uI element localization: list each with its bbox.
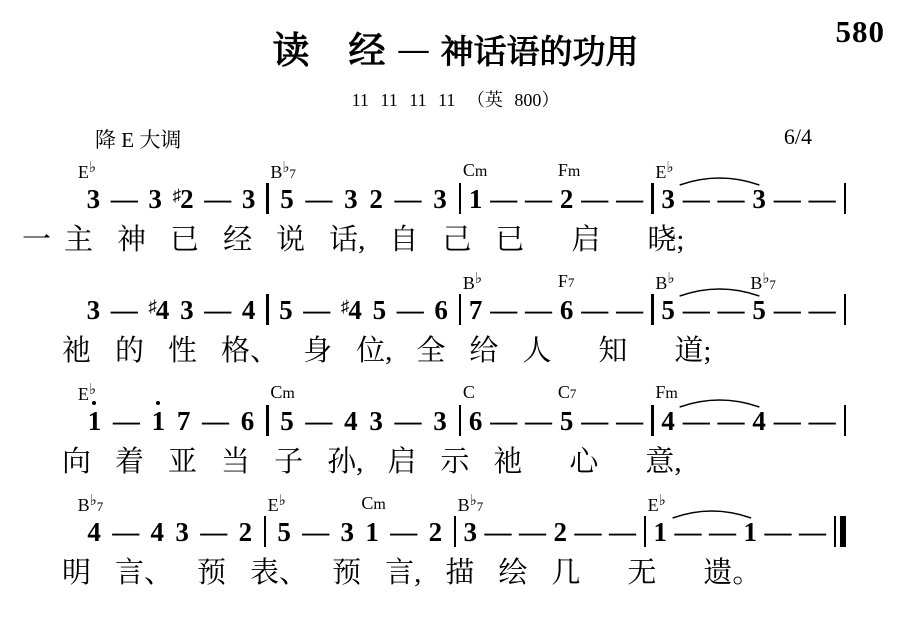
note: 4 (661, 405, 675, 438)
note: 5 (277, 516, 291, 549)
chord-label: E♭ (78, 161, 96, 181)
note: 3 (344, 183, 358, 216)
music-system: B♭74—43—2E♭Cm5—31—2B♭73——2——E♭1——1——明言、预… (0, 493, 911, 591)
note: 6 (469, 405, 483, 438)
notation-row: E♭1—17—6Cm5—43—3CC76——5——Fm4——4—— (76, 382, 846, 438)
lyric-syllable: 祂 (62, 333, 91, 369)
notation-row: 3—♯43—45—♯45—6B♭F77——6——B♭B♭75——5—— (76, 271, 846, 327)
measure: B♭73——2—— (456, 493, 644, 549)
note: 3 (752, 183, 766, 216)
note: 2 (560, 183, 574, 216)
duration-dash: — (525, 405, 552, 438)
lyric-syllable: 言, (385, 555, 421, 591)
note: 1 (365, 516, 379, 549)
lyric-syllable: 人 (522, 333, 551, 369)
measure: B♭75—32—3 (269, 160, 459, 216)
sharp-sign: ♯ (173, 186, 182, 205)
duration-dash: — (616, 183, 643, 216)
duration-dash: — (675, 516, 702, 549)
note: 5 (279, 294, 293, 327)
duration-dash: — (525, 294, 552, 327)
flat-sign: ♭ (659, 493, 666, 509)
measure: CmFm1——2—— (461, 160, 651, 216)
barline (844, 405, 847, 436)
lyric-syllable: 明 (62, 555, 91, 591)
lyric-syllable: 子 (274, 444, 303, 480)
measure: E♭1——1—— (646, 493, 834, 549)
hymn-number: 580 (836, 14, 886, 50)
lyric-syllable: 意, (645, 444, 681, 480)
lyric-syllable: 当 (221, 444, 250, 480)
lyric-syllable: 表、 (250, 555, 308, 591)
measure: B♭B♭75——5—— (654, 271, 844, 327)
measure: B♭F77——6—— (461, 271, 651, 327)
chord-label: E♭ (648, 494, 666, 514)
chord-label: F7 (558, 272, 575, 290)
chord-label: Cm (361, 494, 385, 513)
title-main: 读 经 (273, 29, 387, 72)
lyric-syllable: 心 (569, 444, 598, 480)
note: 2 (239, 516, 253, 549)
lyric-syllable: 位, (356, 333, 392, 369)
lyric-syllable: 已 (170, 222, 199, 258)
note: 3 (242, 183, 256, 216)
note: 4 (151, 516, 165, 549)
flat-sign: ♭ (667, 271, 674, 287)
chord-label: E♭ (268, 494, 286, 514)
lyric-syllable: 道; (674, 333, 711, 369)
lyric-syllable: 示 (440, 444, 469, 480)
lyric-syllable: 孙, (327, 444, 363, 480)
note: 6 (560, 294, 574, 327)
final-barline-thin (834, 516, 837, 547)
note: 1 (654, 516, 668, 549)
note: 5 (373, 294, 387, 327)
chord-label: B♭ (655, 272, 674, 292)
flat-sign: ♭ (470, 493, 477, 509)
note: 2 (429, 516, 443, 549)
duration-dash: — (581, 294, 608, 327)
duration-dash: — (765, 516, 792, 549)
duration-dash: — (395, 183, 422, 216)
duration-dash: — (718, 183, 745, 216)
duration-dash: — (485, 516, 512, 549)
duration-dash: — (390, 516, 417, 549)
duration-dash: — (683, 405, 710, 438)
duration-dash: — (202, 405, 229, 438)
flat-sign: ♭ (475, 271, 482, 287)
duration-dash: — (490, 183, 517, 216)
note: 1 (469, 183, 483, 216)
measure: Cm5—43—3 (269, 382, 459, 438)
duration-dash: — (581, 183, 608, 216)
note: 4 (344, 405, 358, 438)
duration-dash: — (774, 183, 801, 216)
measure: 3—♯43—4 (76, 271, 266, 327)
note: 5 (560, 405, 574, 438)
duration-dash: — (200, 516, 227, 549)
lyric-syllable: 的 (115, 333, 144, 369)
note: 3 (433, 405, 447, 438)
lyric-syllable: 着 (115, 444, 144, 480)
hymn-sheet-page: 580 读 经 — 神话语的功用 11 11 11 11 （英 800） 降 E… (0, 0, 911, 618)
duration-dash: — (305, 405, 332, 438)
chord-label: B♭7 (270, 161, 296, 181)
flat-sign: ♭ (666, 160, 673, 176)
duration-dash: — (581, 405, 608, 438)
flat-sign: ♭ (89, 160, 96, 176)
note: 2 (554, 516, 568, 549)
chord-label: B♭ (463, 272, 482, 292)
note: ♯2 (173, 179, 194, 216)
lyric-syllable: 启 (387, 444, 416, 480)
note: 5 (752, 294, 766, 327)
lyric-syllable: 绘 (498, 555, 527, 591)
chord-label: B♭7 (78, 494, 104, 514)
lyric-syllable: 格、 (221, 333, 279, 369)
measure: E♭Cm5—31—2 (266, 493, 454, 549)
title: 读 经 — 神话语的功用 (0, 0, 911, 74)
lyric-syllable: 神 (117, 222, 146, 258)
duration-dash: — (519, 516, 546, 549)
note: 4 (752, 405, 766, 438)
key-signature: 降 E 大调 (95, 124, 181, 154)
note: 3 (148, 183, 162, 216)
duration-dash: — (111, 294, 138, 327)
measure: E♭3——3—— (654, 160, 844, 216)
duration-dash: — (809, 294, 836, 327)
chord-label: Cm (463, 161, 487, 180)
note: 4 (87, 516, 101, 549)
note: 4 (242, 294, 256, 327)
measure: Fm4——4—— (654, 382, 844, 438)
duration-dash: — (609, 516, 636, 549)
lyric-syllable: 描 (445, 555, 474, 591)
verse-number: 一 (22, 222, 51, 258)
barline (844, 294, 847, 325)
duration-dash: — (799, 516, 826, 549)
note: 6 (434, 294, 448, 327)
measure: B♭74—43—2 (76, 493, 264, 549)
chord-label: C7 (558, 383, 577, 401)
note: 1 (88, 405, 102, 438)
lyric-syllable: 身 (303, 333, 332, 369)
duration-dash: — (774, 405, 801, 438)
chord-label: Fm (655, 383, 677, 402)
note: 1 (152, 405, 166, 438)
note: 3 (433, 183, 447, 216)
title-dash: — (399, 33, 429, 66)
chord-label: B♭7 (458, 494, 484, 514)
notation-row: B♭74—43—2E♭Cm5—31—2B♭73——2——E♭1——1—— (76, 493, 846, 549)
measure: E♭3—3♯2—3 (76, 160, 266, 216)
flat-sign: ♭ (90, 493, 97, 509)
duration-dash: — (112, 516, 139, 549)
duration-dash: — (204, 183, 231, 216)
lyric-syllable: 亚 (168, 444, 197, 480)
duration-dash: — (616, 405, 643, 438)
duration-dash: — (809, 183, 836, 216)
music-system: E♭1—17—6Cm5—43—3CC76——5——Fm4——4——向着亚当子孙,… (0, 382, 911, 480)
title-subtitle: 神话语的功用 (441, 32, 639, 71)
note: 3 (661, 183, 675, 216)
duration-dash: — (683, 294, 710, 327)
duration-dash: — (111, 183, 138, 216)
lyric-syllable: 给 (469, 333, 498, 369)
flat-sign: ♭ (89, 382, 96, 398)
note: 3 (369, 405, 383, 438)
lyric-syllable: 预 (332, 555, 361, 591)
meter-line: 11 11 11 11 （英 800） (0, 86, 911, 112)
duration-dash: — (490, 405, 517, 438)
lyrics-row: 祂的性格、身位,全给人知道; (62, 333, 911, 369)
duration-dash: — (809, 405, 836, 438)
final-barline-thick (840, 516, 846, 547)
lyric-syllable: 经 (223, 222, 252, 258)
octave-dot (156, 401, 160, 405)
lyric-syllable: 主 (64, 222, 93, 258)
duration-dash: — (525, 183, 552, 216)
lyric-syllable: 晓; (647, 222, 684, 258)
note: 3 (87, 294, 101, 327)
duration-dash: — (718, 405, 745, 438)
lyric-syllable: 几 (551, 555, 580, 591)
duration-dash: — (774, 294, 801, 327)
sharp-sign: ♯ (341, 297, 350, 316)
note: 3 (464, 516, 478, 549)
music-system: E♭3—3♯2—3B♭75—32—3CmFm1——2——E♭3——3——一主神已… (0, 160, 911, 258)
lyric-syllable: 遗。 (703, 555, 761, 591)
music-system: 3—♯43—45—♯45—6B♭F77——6——B♭B♭75——5——祂的性格、… (0, 271, 911, 369)
duration-dash: — (490, 294, 517, 327)
lyric-syllable: 已 (495, 222, 524, 258)
lyric-syllable: 向 (62, 444, 91, 480)
lyric-syllable: 性 (168, 333, 197, 369)
duration-dash: — (113, 405, 140, 438)
octave-dot (92, 401, 96, 405)
lyric-syllable: 启 (571, 222, 600, 258)
lyric-syllable: 全 (416, 333, 445, 369)
flat-sign: ♭ (279, 493, 286, 509)
note: 3 (180, 294, 194, 327)
lyrics-row: 明言、预表、预言,描绘几无遗。 (62, 555, 911, 591)
lyrics-row: 向着亚当子孙,启示祂心意, (62, 444, 911, 480)
lyric-syllable: 祂 (493, 444, 522, 480)
lyric-syllable: 己 (442, 222, 471, 258)
note: ♯4 (341, 290, 362, 327)
notation-row: E♭3—3♯2—3B♭75—32—3CmFm1——2——E♭3——3—— (76, 160, 846, 216)
duration-dash: — (616, 294, 643, 327)
duration-dash: — (305, 183, 332, 216)
duration-dash: — (397, 294, 424, 327)
duration-dash: — (302, 516, 329, 549)
lyric-syllable: 知 (598, 333, 627, 369)
duration-dash: — (303, 294, 330, 327)
duration-dash: — (718, 294, 745, 327)
note: 6 (241, 405, 255, 438)
measure: CC76——5—— (461, 382, 651, 438)
music-systems: E♭3—3♯2—3B♭75—32—3CmFm1——2——E♭3——3——一主神已… (0, 160, 911, 591)
chord-label: Cm (270, 383, 294, 402)
chord-label: E♭ (78, 383, 96, 403)
chord-label: Fm (558, 161, 580, 180)
key-row: 降 E 大调 6/4 (95, 124, 812, 154)
note: 3 (87, 183, 101, 216)
lyrics-row: 一主神已经说话,自己已启晓; (22, 222, 911, 258)
note: 2 (369, 183, 383, 216)
note: ♯4 (148, 290, 169, 327)
lyric-syllable: 无 (627, 555, 656, 591)
lyric-syllable: 自 (389, 222, 418, 258)
duration-dash: — (395, 405, 422, 438)
note: 7 (177, 405, 191, 438)
note: 5 (280, 183, 294, 216)
lyric-syllable: 说 (276, 222, 305, 258)
note: 7 (469, 294, 483, 327)
duration-dash: — (575, 516, 602, 549)
lyric-syllable: 言、 (115, 555, 173, 591)
time-signature: 6/4 (784, 124, 812, 154)
measure: 5—♯45—6 (269, 271, 459, 327)
barline (844, 183, 847, 214)
chord-label: C (463, 383, 475, 401)
measure: E♭1—17—6 (76, 382, 266, 438)
note: 1 (744, 516, 758, 549)
note: 3 (341, 516, 355, 549)
duration-dash: — (683, 183, 710, 216)
lyric-syllable: 话, (329, 222, 365, 258)
chord-label: E♭ (655, 161, 673, 181)
note: 5 (661, 294, 675, 327)
note: 3 (175, 516, 189, 549)
note: 5 (280, 405, 294, 438)
lyric-syllable: 预 (197, 555, 226, 591)
duration-dash: — (709, 516, 736, 549)
duration-dash: — (204, 294, 231, 327)
sharp-sign: ♯ (148, 297, 157, 316)
